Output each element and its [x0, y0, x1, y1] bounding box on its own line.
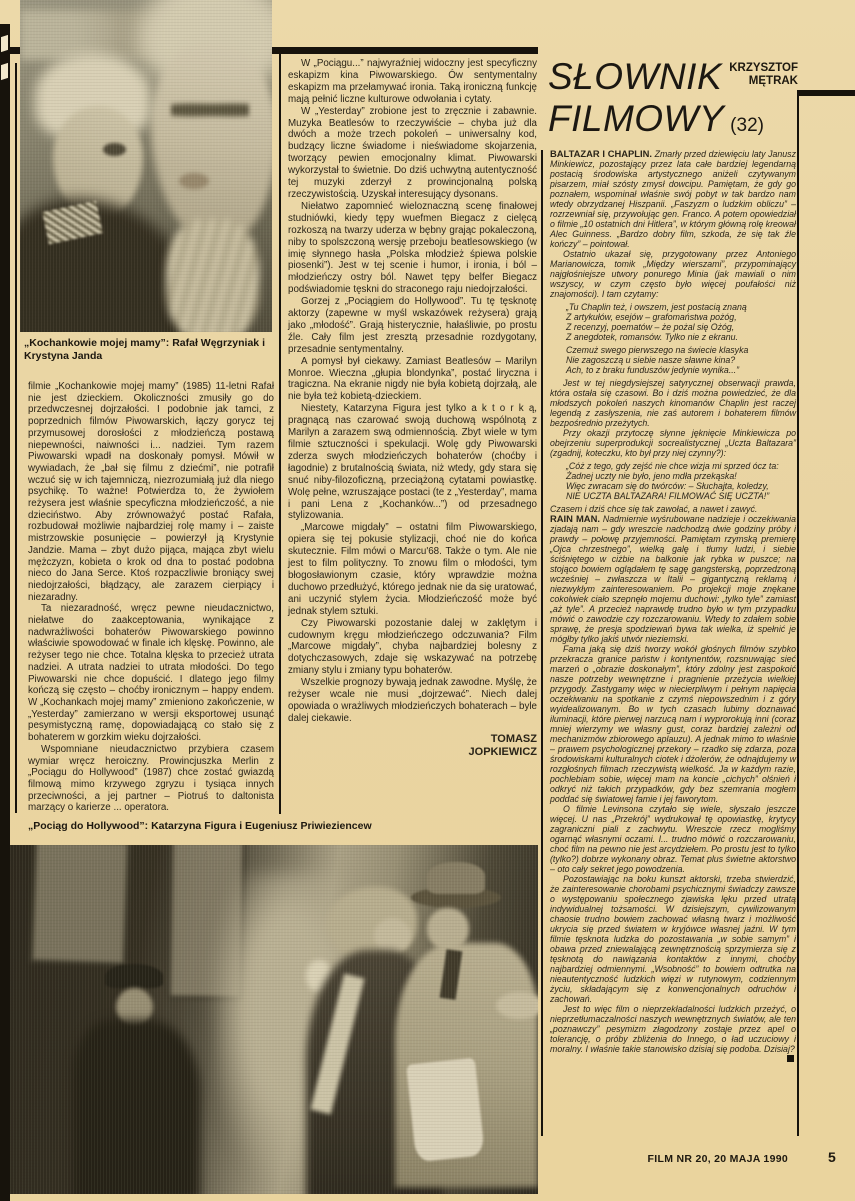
photo-top-caption: „Kochankowie mojej mamy”: Rafał Węgrzyni… — [24, 337, 276, 363]
paragraph: Pozostawiając na boku kunszt aktorski, t… — [550, 874, 796, 1004]
photo-conductor-cap-shape — [105, 964, 163, 988]
paragraph: Jest to więc film o nieprzekładalności l… — [550, 1004, 796, 1054]
photo-wall-frame-shape — [167, 845, 246, 1000]
photo-woman-coat-shape — [306, 950, 443, 1194]
top-right-rule — [799, 90, 855, 96]
page-margin-rule — [797, 90, 799, 1136]
photo-woman-hair-shape — [327, 887, 417, 960]
photo-boy-eye-shape — [103, 143, 126, 156]
paragraph: Czy Piwowarski pozostanie dalej w zaklęt… — [288, 618, 537, 678]
paragraph: Przy okazji przytoczę słynne jęknięcie M… — [550, 428, 796, 458]
photo-bokeh-lights-shape — [20, 10, 166, 60]
slownik-number: (32) — [730, 115, 764, 136]
photo-background-shape — [10, 845, 538, 1194]
footer-issue: FILM NR 20, 20 MAJA 1990 — [560, 1153, 788, 1165]
photo-lamp-glow-shape — [306, 960, 332, 991]
verse-block: „Tu Chaplin też, i owszem, jest postacią… — [566, 302, 796, 342]
photo-boy-face-shape — [53, 106, 144, 219]
photo-bag-strap-shape — [310, 974, 364, 1115]
photo-kochankowie — [20, 0, 272, 332]
paragraph: Ostatnio ukazał się, przygotowany przez … — [550, 249, 796, 299]
strip-registration-mark — [1, 35, 8, 52]
entry-lead-paragraph: RAIN MAN. Nadmiernie wyśrubowane nadziej… — [550, 514, 796, 644]
entry-lead-paragraph: BALTAZAR I CHAPLIN. Zmarły przed dziewię… — [550, 149, 796, 249]
right-column-rule — [541, 150, 543, 1136]
photo-background-shape — [20, 0, 272, 332]
paragraph: Niełatwo zapomnieć wieloznaczną scenę fi… — [288, 201, 537, 296]
photo-hand-shape — [166, 219, 259, 332]
article-middle-column: W „Pociągu...” najwyraźniej widoczny jes… — [288, 58, 537, 759]
photo-woman-hair-shape — [138, 0, 272, 96]
paragraph: Niestety, Katarzyna Figura jest tylko a … — [288, 403, 537, 522]
slownik-column: BALTAZAR I CHAPLIN. Zmarły przed dziewię… — [550, 149, 796, 1062]
photo-bottom-caption: „Pociąg do Hollywood”: Katarzyna Figura … — [28, 820, 498, 833]
slownik-title-line1: SŁOWNIK — [548, 56, 798, 98]
photo-man-tie-shape — [440, 949, 462, 1000]
paragraph: Jest w tej niegdysiejszej satyrycznej ob… — [550, 378, 796, 428]
film-strip-edge — [0, 24, 10, 1201]
paragraph: Ta niezaradność, wręcz pewne nieudacznic… — [28, 603, 274, 743]
paragraph: A pomysł był ciekawy. Zamiast Beatlesów … — [288, 356, 537, 404]
photo-woman-face-shape — [151, 40, 272, 246]
photo-boy-hair-shape — [35, 53, 151, 139]
photo-conductor-body-shape — [73, 1020, 200, 1195]
paragraph: „Marcowe migdały” – ostatni film Piwowar… — [288, 522, 537, 617]
photo-man-hand-shape — [496, 992, 538, 1020]
photo-man-hat-crown-shape — [427, 862, 485, 893]
paragraph: W „Pociągu...” najwyraźniej widoczny jes… — [288, 58, 537, 106]
photo-woman-lips-shape — [179, 173, 209, 190]
end-of-article-marker — [787, 1055, 794, 1062]
paragraph: filmie „Kochankowie mojej mamy” (1985) 1… — [28, 381, 274, 603]
slownik-title: SŁOWNIK FILMOWY(32) — [548, 56, 798, 147]
photo-wall-frame-shape — [29, 845, 131, 966]
paragraph: Wszelkie prognozy bywają jednak zawodne.… — [288, 677, 537, 725]
entry-term: BALTAZAR I CHAPLIN. — [550, 148, 652, 159]
paragraph: Wspomniane nieudacznictwo przybiera czas… — [28, 744, 274, 814]
paragraph: O filmie Levinsona czytało się wiele, sł… — [550, 804, 796, 874]
article-byline: TOMASZ JOPKIEWICZ — [288, 733, 537, 759]
photo-man-face-shape — [427, 908, 469, 950]
photo-white-bag-shape — [406, 1058, 484, 1162]
photo-dark-clothes-shape — [20, 199, 189, 332]
middle-column-rule — [279, 54, 281, 814]
paragraph: W „Yesterday” zrobione jest to zręcznie … — [288, 106, 537, 201]
slownik-title-line2: FILMOWY(32) — [548, 98, 798, 147]
photo-conductor-face-shape — [116, 988, 153, 1026]
photo-woman-eyes-shape — [171, 100, 249, 120]
verse-block: Czemuż swego pierwszego na świecie klasy… — [566, 345, 796, 375]
footer-page-number: 5 — [828, 1149, 836, 1165]
photo-checkered-collar-shape — [42, 200, 103, 244]
photo-smoke-shape — [211, 873, 369, 1180]
strip-registration-mark — [1, 63, 8, 80]
entry-term: RAIN MAN. — [550, 513, 600, 524]
left-column-rule — [15, 63, 17, 813]
photo-man-hat-brim-shape — [411, 887, 501, 908]
verse-block: „Cóż z tego, gdy zejść nie chce wizja mi… — [566, 461, 796, 501]
paragraph: Fama jaką się dziś tworzy wokół głośnych… — [550, 644, 796, 804]
article-left-column: filmie „Kochankowie mojej mamy” (1985) 1… — [28, 381, 274, 814]
photo-woman-face-shape — [374, 918, 411, 953]
photo-man-suit-shape — [395, 943, 538, 1187]
paragraph: Gorzej z „Pociągiem do Hollywood”. Tu tę… — [288, 296, 537, 356]
photo-pociag — [10, 845, 538, 1194]
